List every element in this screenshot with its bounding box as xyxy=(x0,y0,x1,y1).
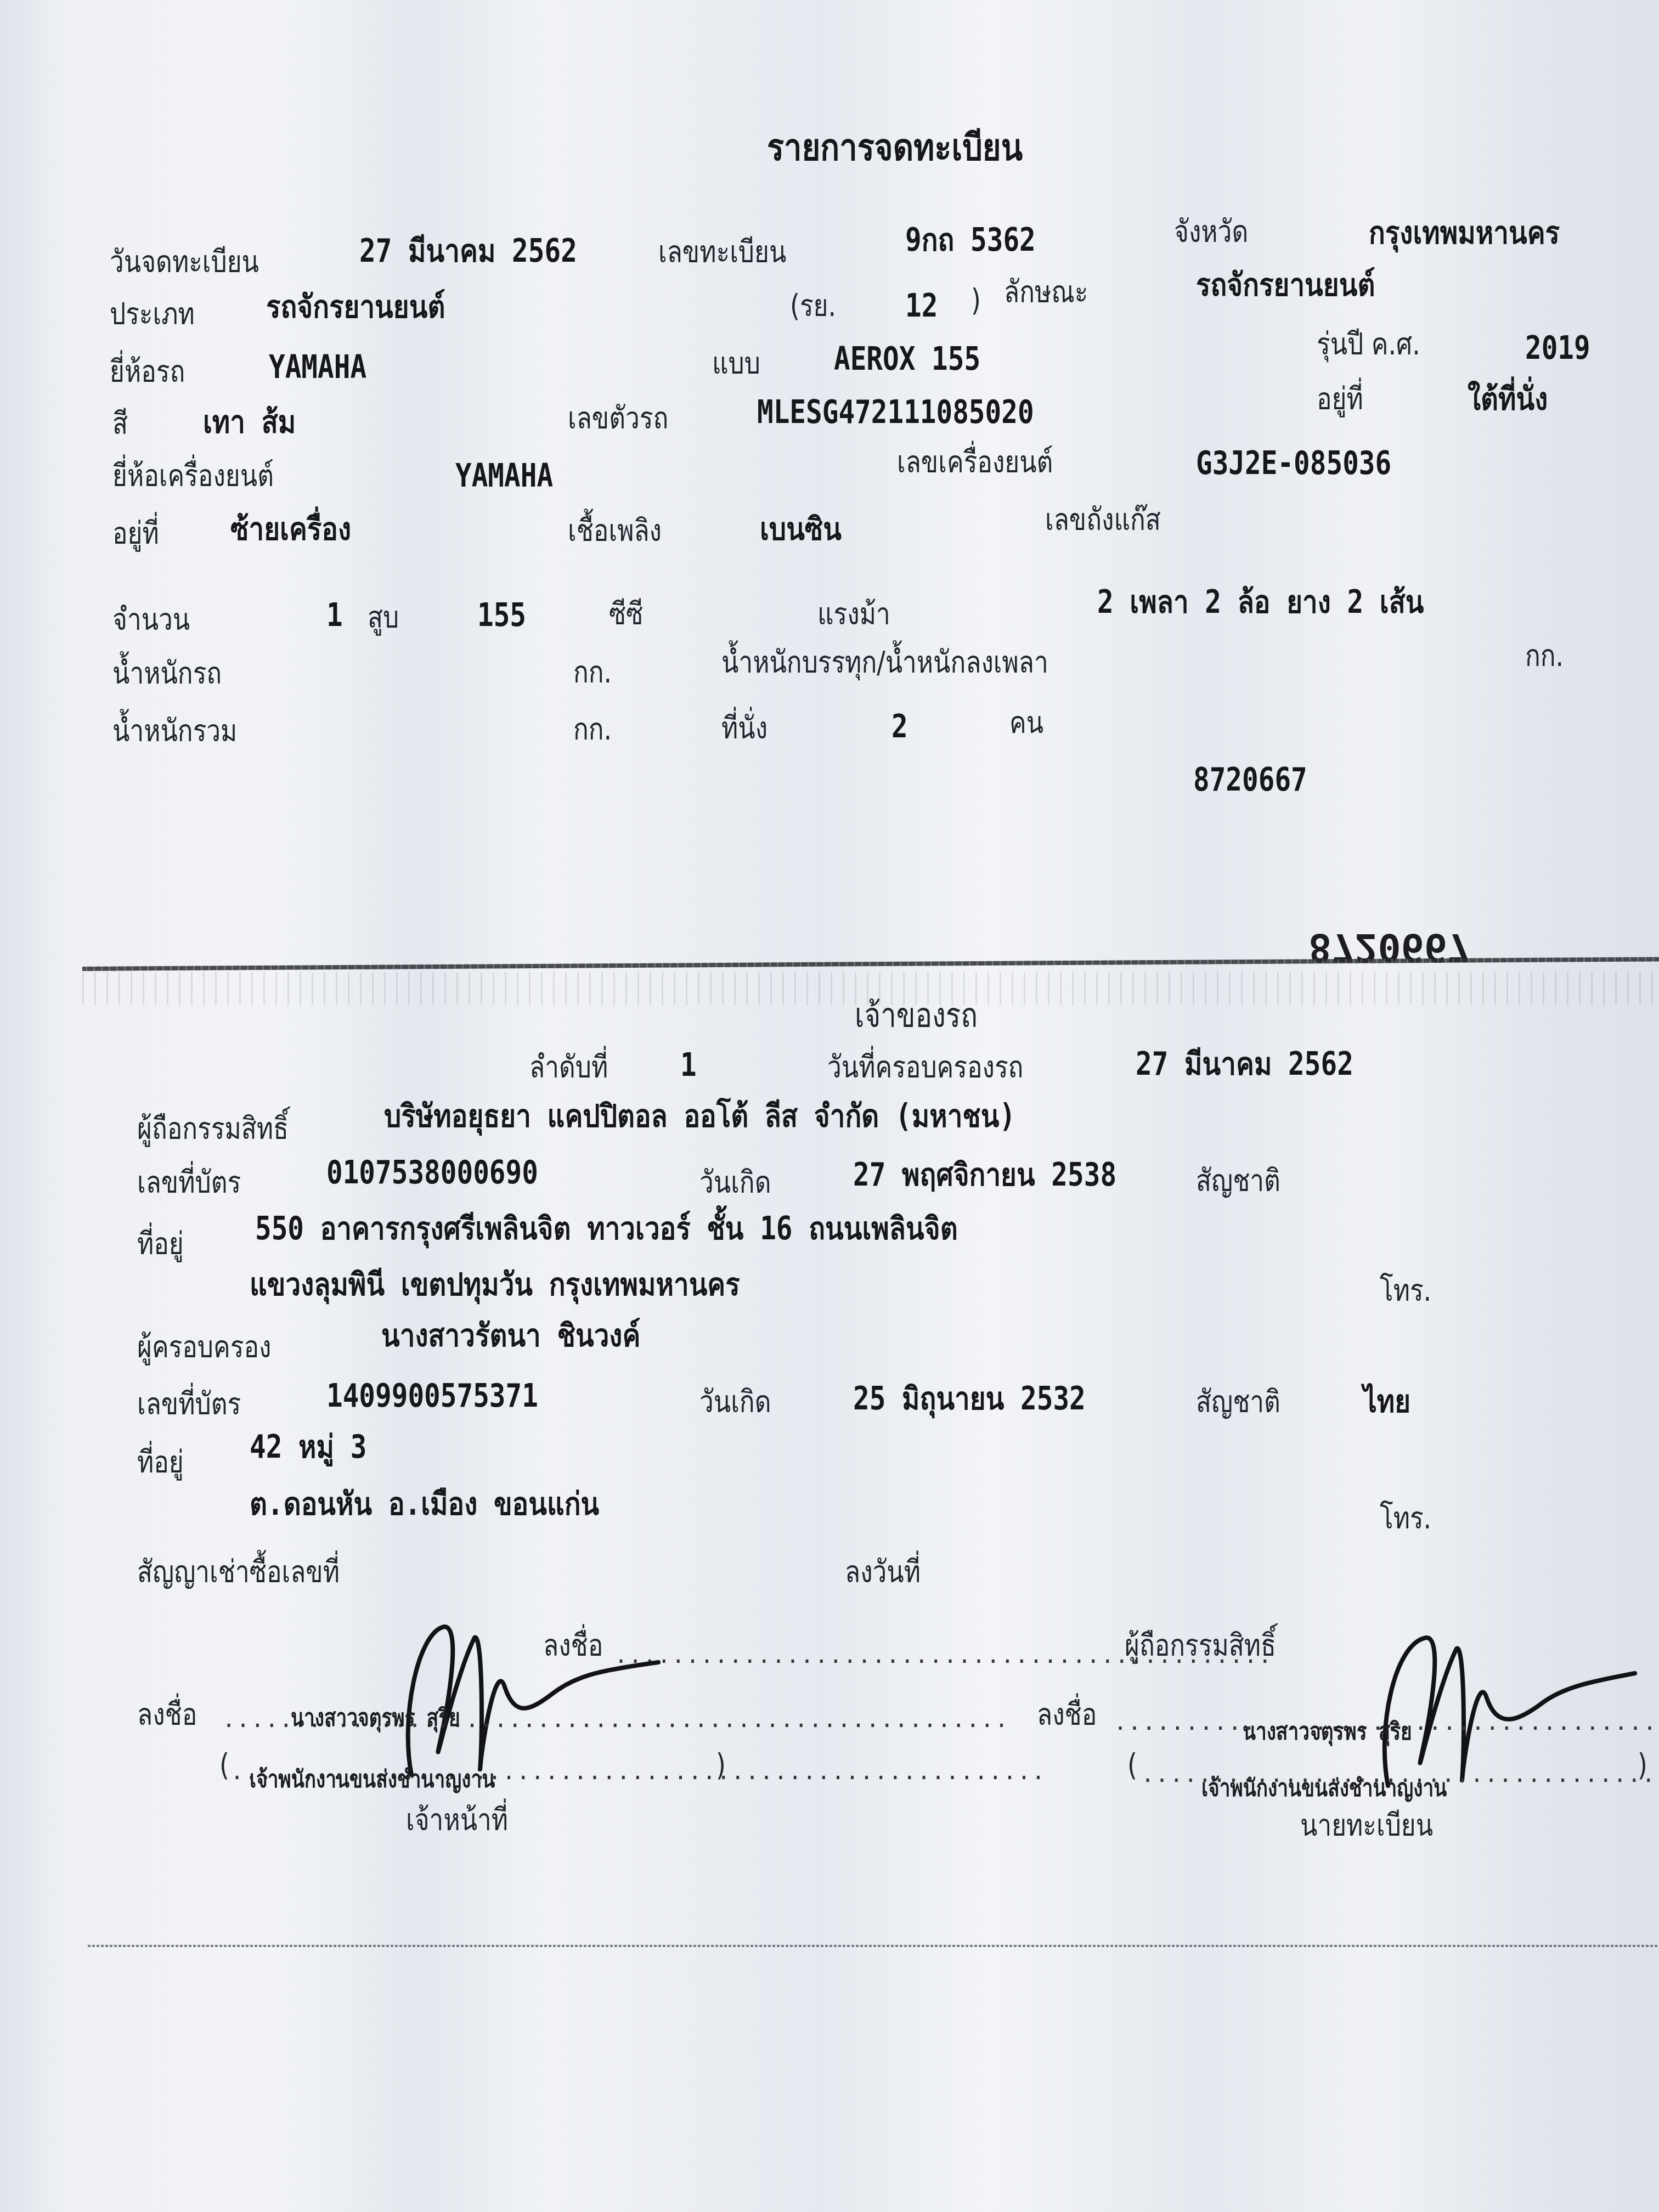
chassis-label: เลขตัวรถ xyxy=(568,403,668,434)
lease-contract-label: สัญญาเช่าซื้อเลขที่ xyxy=(137,1557,340,1588)
owner-id-value: 0107538000690 xyxy=(326,1156,538,1188)
owner-role-label: ผู้ถือกรรมสิทธิ์ xyxy=(1125,1630,1276,1661)
fuel-value: เบนซิน xyxy=(760,513,842,545)
vehicle-weight-label: น้ำหนักรถ xyxy=(112,658,222,689)
color-label: สี xyxy=(112,409,128,439)
chassis-location-label: อยู่ที่ xyxy=(1317,384,1363,415)
document-title: รายการจดทะเบียน xyxy=(767,129,1023,167)
right-officer-title: นายทะเบียน xyxy=(1300,1810,1433,1841)
owner-id-label: เลขที่บัตร xyxy=(137,1167,241,1198)
model-year-label: รุ่นปี ค.ศ. xyxy=(1317,329,1420,360)
fuel-label: เชื้อเพลิง xyxy=(568,516,662,546)
owner-phone-label: โทร. xyxy=(1380,1276,1431,1306)
color-value: เทา ส้ม xyxy=(203,406,296,438)
owner-address-line2: แขวงลุมพินี เขตปทุมวัน กรุงเทพมหานคร xyxy=(250,1268,740,1300)
engine-location-label: อยู่ที่ xyxy=(112,518,159,549)
axles-wheels-value: 2 เพลา 2 ล้อ ยาง 2 เส้น xyxy=(1097,586,1424,618)
model-value: AEROX 155 xyxy=(834,343,980,375)
right-open-paren: ( xyxy=(1127,1750,1137,1781)
load-weight-unit: กก. xyxy=(1525,641,1564,672)
possessor-address-label: ที่อยู่ xyxy=(137,1447,184,1478)
count-label: จำนวน xyxy=(112,605,190,635)
right-officer-name: นางสาวจตุรพร สุริย xyxy=(1243,1720,1412,1744)
possessor-name: นางสาวรัตนา ชินวงค์ xyxy=(381,1319,640,1351)
owner-address-line1: 550 อาคารกรุงศรีเพลินจิต ทาวเวอร์ ชั้น 1… xyxy=(255,1212,958,1244)
possessor-label: ผู้ครอบครอง xyxy=(137,1332,271,1363)
plate-label: เลขทะเบียน xyxy=(658,237,786,268)
engine-brand-value: YAMAHA xyxy=(455,460,553,492)
province-value: กรุงเทพมหานคร xyxy=(1369,217,1560,249)
reg-date-label: วันจดทะเบียน xyxy=(110,247,259,278)
possessor-id-label: เลขที่บัตร xyxy=(137,1389,241,1420)
ry-suffix: ) xyxy=(971,285,981,316)
left-close-paren: ) xyxy=(716,1750,726,1781)
left-open-paren: ( xyxy=(219,1750,229,1781)
owner-dob-value: 27 พฤศจิกายน 2538 xyxy=(853,1159,1116,1190)
left-officer-title: เจ้าหน้าที่ xyxy=(406,1805,508,1836)
order-label: ลำดับที่ xyxy=(529,1052,608,1083)
load-weight-label: น้ำหนักบรรทุก/น้ำหนักลงเพลา xyxy=(721,647,1048,678)
owner-section-heading: เจ้าของรถ xyxy=(855,998,978,1032)
possessor-nationality-label: สัญชาติ xyxy=(1196,1387,1280,1418)
model-label: แบบ xyxy=(712,348,760,379)
chassis-location-value: ใต้ที่นั่ง xyxy=(1468,383,1548,415)
model-year-value: 2019 xyxy=(1525,332,1590,364)
possessor-dob-label: วันเกิด xyxy=(699,1387,771,1418)
owner-nationality-label: สัญชาติ xyxy=(1196,1166,1280,1197)
right-officer-position: เจ้าพนักงานขนส่งชำนาญงาน xyxy=(1201,1776,1447,1801)
ry-prefix: (รย. xyxy=(790,291,836,321)
cylinders-value: 1 xyxy=(326,599,343,631)
bottom-perforation xyxy=(88,1945,1659,1947)
seats-label: ที่นั่ง xyxy=(721,713,768,744)
plate-value: 9กถ 5362 xyxy=(905,224,1036,256)
type-value: รถจักรยานยนต์ xyxy=(266,291,445,323)
serial-number: 8720667 xyxy=(1193,764,1307,795)
possession-date-label: วันที่ครอบครองรถ xyxy=(827,1052,1023,1083)
possessor-phone-label: โทร. xyxy=(1380,1503,1431,1534)
engine-location-value: ซ้ายเครื่อง xyxy=(230,513,351,545)
sign-label-right: ลงชื่อ xyxy=(1037,1700,1097,1730)
type-label: ประเภท xyxy=(110,299,195,330)
ry-number: 12 xyxy=(905,290,938,321)
possessor-nationality-value: ไทย xyxy=(1363,1385,1410,1417)
order-value: 1 xyxy=(680,1049,697,1081)
reg-date-value: 27 มีนาคม 2562 xyxy=(359,235,577,267)
possessor-dob-value: 25 มิถุนายน 2532 xyxy=(853,1383,1086,1414)
signed-date-label: ลงวันที่ xyxy=(845,1557,921,1588)
style-value: รถจักรยานยนต์ xyxy=(1196,269,1375,301)
owner-name: บริษัทอยุธยา แคปปิตอล ออโต้ ลีส จำกัด (ม… xyxy=(384,1100,1015,1132)
total-weight-unit: กก. xyxy=(573,714,612,745)
hp-label: แรงม้า xyxy=(817,599,890,630)
owner-dob-label: วันเกิด xyxy=(699,1167,771,1198)
cylinder-unit: สูบ xyxy=(368,602,399,633)
left-officer-position: เจ้าพนักงานขนส่งชำนาญงาน xyxy=(250,1768,495,1792)
seats-value: 2 xyxy=(891,710,908,742)
right-close-paren: ) xyxy=(1638,1750,1647,1781)
seats-unit: คน xyxy=(1009,708,1043,738)
possessor-address-line2: ต.ดอนหัน อ.เมือง ขอนแก่น xyxy=(250,1488,599,1520)
chassis-value: MLESG472111085020 xyxy=(757,396,1034,428)
owner-label: ผู้ถือกรรมสิทธิ์ xyxy=(137,1114,289,1144)
sign-label-left: ลงชื่อ xyxy=(137,1700,197,1730)
left-officer-name: นางสาวจตุรพร สุริย xyxy=(291,1706,460,1730)
style-label: ลักษณะ xyxy=(1004,277,1088,308)
possessor-id-value: 1409900575371 xyxy=(326,1380,538,1412)
brand-value: YAMAHA xyxy=(269,351,366,383)
cc-unit: ซีซี xyxy=(609,599,643,630)
engine-brand-label: ยี่ห้อเครื่องยนต์ xyxy=(112,461,274,492)
engine-no-value: G3J2E-085036 xyxy=(1196,447,1391,479)
gas-tank-label: เลขถังแก๊ส xyxy=(1045,505,1161,535)
brand-label: ยี่ห้อรถ xyxy=(110,357,185,387)
province-label: จังหวัด xyxy=(1174,217,1248,247)
vehicle-weight-unit: กก. xyxy=(573,657,612,688)
total-weight-label: น้ำหนักรวม xyxy=(112,716,237,747)
possession-date-value: 27 มีนาคม 2562 xyxy=(1136,1048,1353,1080)
engine-no-label: เลขเครื่องยนต์ xyxy=(897,447,1053,478)
cc-value: 155 xyxy=(477,599,526,631)
possessor-address-line1: 42 หมู่ 3 xyxy=(250,1431,366,1463)
owner-address-label: ที่อยู่ xyxy=(137,1229,184,1260)
